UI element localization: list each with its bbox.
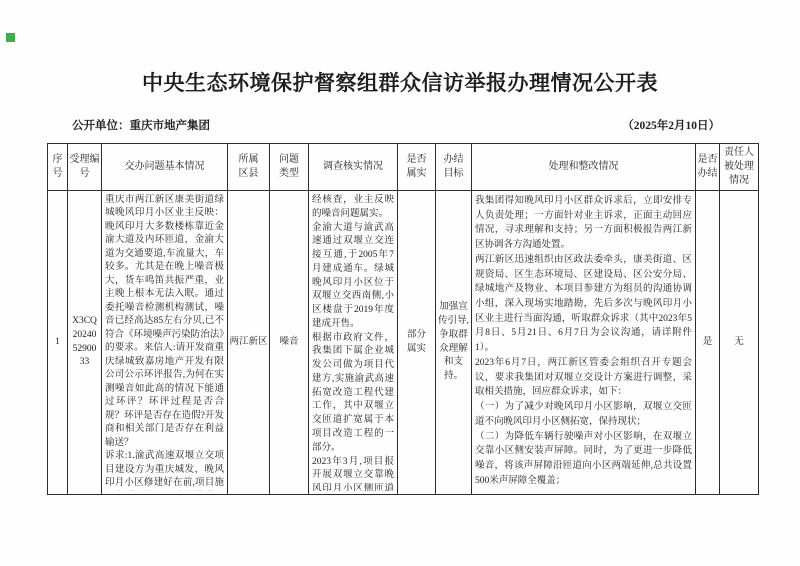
- subheader: 公开单位：重庆市地产集团 （2025年2月10日）: [47, 117, 758, 133]
- col-header-district: 所属区县: [228, 144, 270, 191]
- cell-verification: 经核查，业主反映的噪音问题属实。 金渝大道与渝武高速通过双堰立交连接互通,于20…: [309, 191, 398, 495]
- col-header-problem: 交办问题基本情况: [102, 144, 228, 191]
- report-table: 序号 受理编号 交办问题基本情况 所属区县 问题类型 调查核实情况 是否属实 办…: [47, 143, 759, 495]
- document-page: 中央生态环境保护督察组群众信访举报办理情况公开表 公开单位：重庆市地产集团 （2…: [0, 0, 800, 566]
- table-row: 1 X3CQ 20240 52900 33 重庆市两江新区康美街道绿城晚风印月小…: [48, 191, 759, 495]
- page-title: 中央生态环境保护督察组群众信访举报办理情况公开表: [0, 67, 800, 97]
- col-header-is-true: 是否属实: [398, 144, 436, 191]
- cell-problem: 重庆市两江新区康美街道绿城晚风印月小区业主反映：晚风印月大多数楼栋靠近金渝大道及…: [102, 191, 228, 495]
- col-header-case-no: 受理编号: [68, 144, 102, 191]
- case-number: X3CQ 20240 52900 33: [69, 315, 100, 370]
- cell-is-true: 部分属实: [398, 191, 436, 495]
- publish-date: （2025年2月10日）: [622, 117, 720, 133]
- green-marker-icon: [6, 33, 15, 42]
- col-header-is-closed: 是否办结: [696, 144, 720, 191]
- cell-seq: 1: [48, 191, 68, 495]
- cell-accountability: 无: [720, 191, 759, 495]
- verification-text: 经核查，业主反映的噪音问题属实。 金渝大道与渝武高速通过双堰立交连接互通,于20…: [312, 194, 394, 491]
- problem-text: 重庆市两江新区康美街道绿城晚风印月小区业主反映：晚风印月大多数楼栋靠近金渝大道及…: [105, 194, 224, 491]
- cell-district: 两江新区: [228, 191, 270, 495]
- cell-handling: 我集团得知晚风印月小区群众诉求后，立即安排专人负责处理；一方面针对业主诉求，正面…: [472, 191, 696, 495]
- col-header-seq: 序号: [48, 144, 68, 191]
- cell-is-closed: 是: [696, 191, 720, 495]
- cell-goal: 加强宣传引导,争取群众理解和支持。: [436, 191, 472, 495]
- cell-type: 噪音: [270, 191, 309, 495]
- col-header-handling: 处理和整改情况: [472, 144, 696, 191]
- publisher-label: 公开单位：重庆市地产集团: [72, 117, 210, 133]
- col-header-type: 问题类型: [270, 144, 309, 191]
- cell-case-no: X3CQ 20240 52900 33: [68, 191, 102, 495]
- col-header-goal: 办结目标: [436, 144, 472, 191]
- col-header-verification: 调查核实情况: [309, 144, 398, 191]
- col-header-accountability: 责任人被处理情况: [720, 144, 759, 191]
- header-row: 序号 受理编号 交办问题基本情况 所属区县 问题类型 调查核实情况 是否属实 办…: [48, 144, 759, 191]
- handling-text: 我集团得知晚风印月小区群众诉求后，立即安排专人负责处理；一方面针对业主诉求，正面…: [475, 194, 692, 488]
